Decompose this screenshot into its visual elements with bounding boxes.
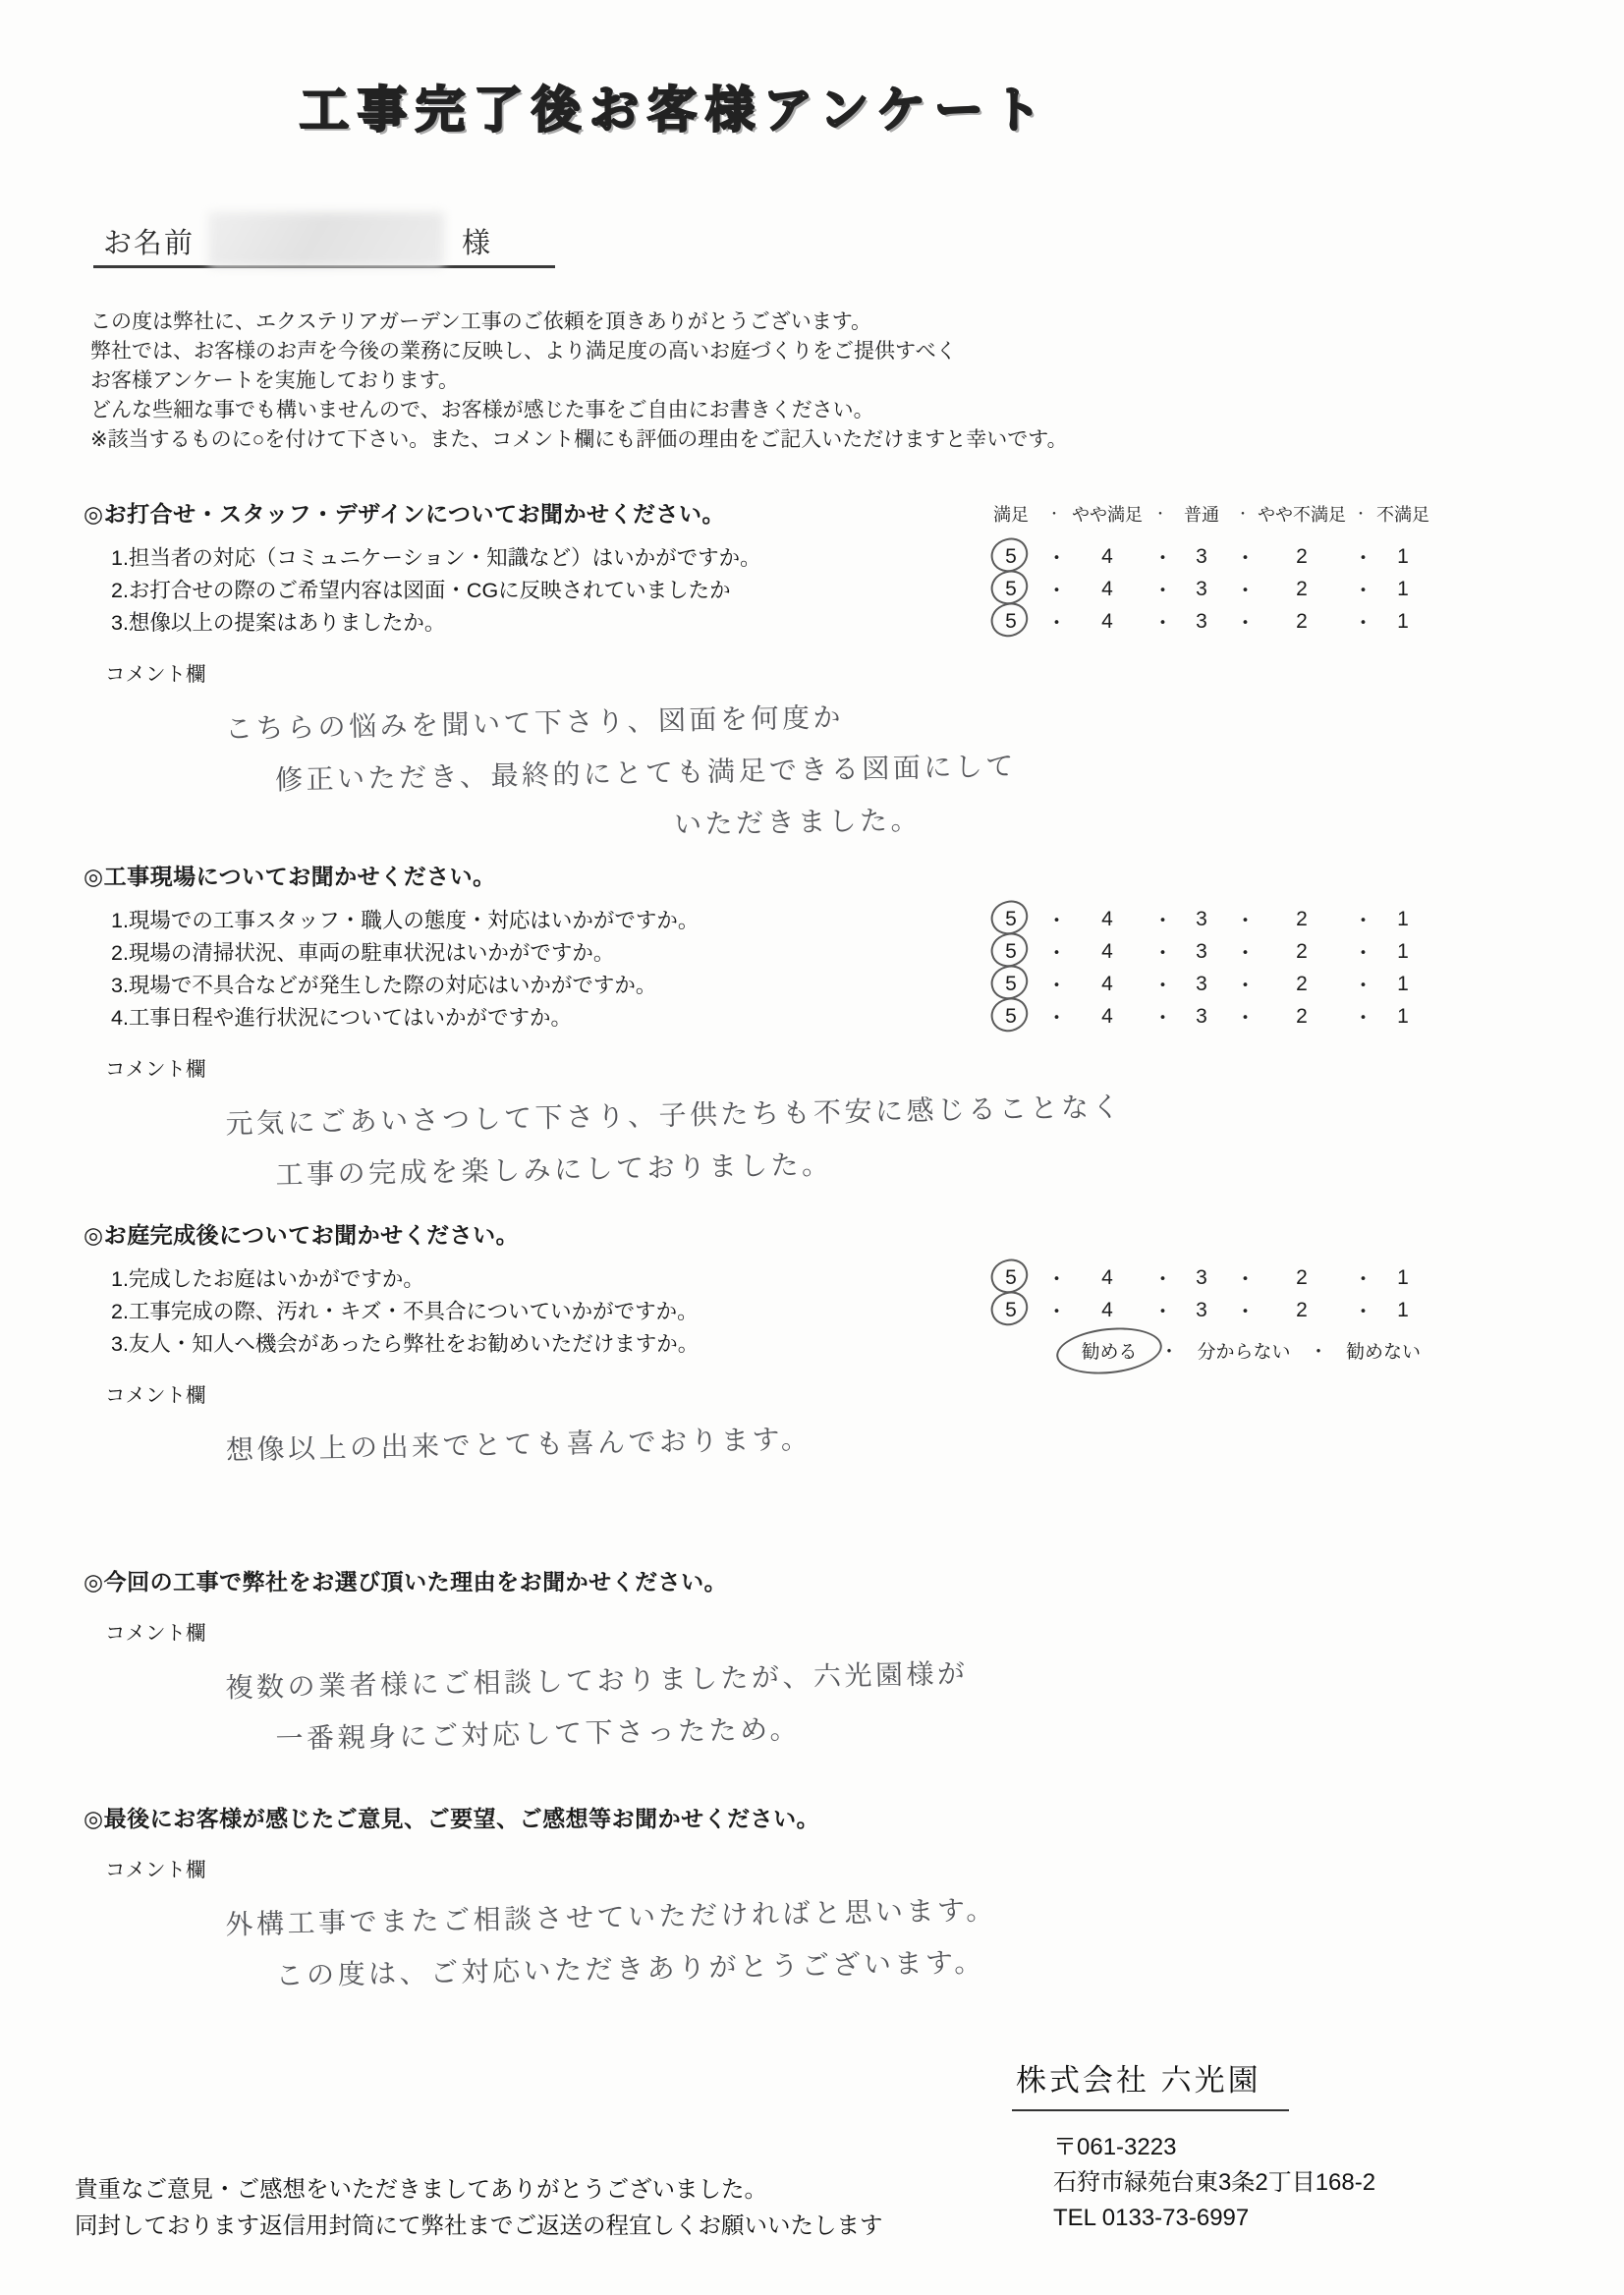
street-address: 石狩市緑苑台東3条2丁目168-2 <box>1053 2165 1375 2201</box>
separator-dot: ・ <box>1353 575 1369 604</box>
separator-dot: ・ <box>1046 1263 1062 1293</box>
section-construction-site: ◎工事現場についてお聞かせください。 1.現場での工事スタッフ・職人の態度・対応… <box>84 859 1624 1192</box>
separator-dot: ・ <box>1235 937 1251 967</box>
section-meeting-staff-design: ◎お打合せ・スタッフ・デザインについてお聞かせください。 満足・やや満足・普通・… <box>84 496 1624 849</box>
company-address-block: 〒061-3223 石狩市緑苑台東3条2丁目168-2 TEL 0133-73-… <box>1053 2130 1375 2236</box>
rating-value: 4 <box>1062 1005 1152 1029</box>
separator-dot: ・ <box>1152 937 1168 967</box>
phone-number: TEL 0133-73-6997 <box>1053 2201 1375 2236</box>
rating-value: 5 <box>976 1266 1046 1290</box>
option-value: 勧める <box>1060 1337 1158 1364</box>
survey-question-row: 2.お打合せの際のご希望内容は図面・CGに反映されていましたか5・4・3・2・1 <box>84 573 1437 605</box>
rating-scale: 5・4・3・2・1 <box>976 1263 1437 1293</box>
thanks-line: 同封しております返信用封筒にて弊社までご返送の程宜しくお願いいたします <box>75 2208 883 2244</box>
separator-dot: ・ <box>1235 1296 1251 1325</box>
survey-question-row: 1.担当者の対応（コミュニケーション・知識など）はいかがですか。5・4・3・2・… <box>84 540 1437 573</box>
separator-dot: ・ <box>1152 1296 1168 1325</box>
rating-value: 1 <box>1369 578 1437 601</box>
rating-value: 2 <box>1251 545 1353 569</box>
option-value: 勧めない <box>1329 1337 1437 1364</box>
comment-label: コメント欄 <box>105 1052 1437 1082</box>
rating-value: 4 <box>1062 1299 1152 1322</box>
separator-dot: ・ <box>1046 542 1062 572</box>
separator-dot: ・ <box>1353 905 1369 934</box>
separator-dot: ・ <box>1046 937 1062 967</box>
rating-value: 4 <box>1062 908 1152 931</box>
rating-value: 5 <box>976 578 1046 601</box>
rating-value: 5 <box>976 610 1046 634</box>
separator-dot: ・ <box>1308 1337 1329 1364</box>
separator-dot: ・ <box>1353 1002 1369 1032</box>
rating-value: 3 <box>1168 1299 1235 1322</box>
separator-dot: ・ <box>1235 504 1251 524</box>
survey-question-row: 2.工事完成の際、汚れ・キズ・不具合についていかがですか。5・4・3・2・1 <box>84 1294 1437 1326</box>
separator-dot: ・ <box>1158 1337 1180 1364</box>
question-text: 3.友人・知人へ機会があったら弊社をお勧めいただけますか。 <box>111 1327 1060 1358</box>
rating-value: 5 <box>976 940 1046 964</box>
rating-value: 3 <box>1168 545 1235 569</box>
intro-line: ※該当するものに○を付けて下さい。また、コメント欄にも評価の理由をご記入いただけ… <box>90 425 1624 455</box>
comment-label: コメント欄 <box>105 1853 1437 1882</box>
comment-label: コメント欄 <box>105 1378 1437 1408</box>
scale-label: 普通 <box>1168 501 1235 527</box>
separator-dot: ・ <box>1353 504 1369 524</box>
rating-value: 1 <box>1369 940 1437 964</box>
question-text: 1.現場での工事スタッフ・職人の態度・対応はいかがですか。 <box>111 904 976 934</box>
rating-value: 4 <box>1062 610 1152 634</box>
separator-dot: ・ <box>1046 607 1062 637</box>
rating-value: 2 <box>1251 610 1353 634</box>
thanks-line: 貴重なご意見・ご感想をいただきましてありがとうございました。 <box>75 2171 883 2208</box>
survey-question-row: 1.完成したお庭はいかがですか。5・4・3・2・1 <box>84 1261 1437 1294</box>
section-heading: ◎お打合せ・スタッフ・デザインについてお聞かせください。 <box>84 496 725 529</box>
separator-dot: ・ <box>1152 542 1168 572</box>
separator-dot: ・ <box>1152 575 1168 604</box>
handwritten-comment: 元気にごあいさつして下さり、子供たちも不安に感じることなく工事の完成を楽しみにし… <box>83 1075 1438 1204</box>
comment-label: コメント欄 <box>105 1616 1437 1646</box>
separator-dot: ・ <box>1046 575 1062 604</box>
section-heading: ◎お庭完成後についてお聞かせください。 <box>84 1217 519 1250</box>
separator-dot: ・ <box>1046 1296 1062 1325</box>
intro-line: お客様アンケートを実施しております。 <box>90 366 1624 396</box>
rating-value: 3 <box>1168 1005 1235 1029</box>
rating-scale: 5・4・3・2・1 <box>976 937 1437 967</box>
rating-value: 1 <box>1369 908 1437 931</box>
rating-value: 3 <box>1168 578 1235 601</box>
separator-dot: ・ <box>1235 575 1251 604</box>
separator-dot: ・ <box>1152 1002 1168 1032</box>
separator-dot: ・ <box>1235 1002 1251 1032</box>
survey-question-row: 3.友人・知人へ機会があったら弊社をお勧めいただけますか。勧める・分からない・勧… <box>84 1326 1437 1359</box>
survey-question-row: 1.現場での工事スタッフ・職人の態度・対応はいかがですか。5・4・3・2・1 <box>84 903 1437 935</box>
rating-value: 2 <box>1251 973 1353 996</box>
handwritten-comment: こちらの悩みを聞いて下さり、図面を何度か修正いただき、最終的にとても満足できる図… <box>83 680 1439 862</box>
rating-scale-header: 満足・やや満足・普通・やや不満足・不満足 <box>976 501 1437 529</box>
rating-value: 4 <box>1062 578 1152 601</box>
rating-scale: 5・4・3・2・1 <box>976 970 1437 999</box>
separator-dot: ・ <box>1046 905 1062 934</box>
scale-label: 不満足 <box>1369 501 1437 527</box>
rating-value: 3 <box>1168 973 1235 996</box>
separator-dot: ・ <box>1235 542 1251 572</box>
section-heading: ◎最後にお客様が感じたご意見、ご要望、ご感想等お聞かせください。 <box>84 1801 819 1833</box>
separator-dot: ・ <box>1353 542 1369 572</box>
rating-value: 3 <box>1168 908 1235 931</box>
separator-dot: ・ <box>1353 970 1369 999</box>
rating-value: 4 <box>1062 545 1152 569</box>
name-honorific: 様 <box>462 221 492 261</box>
rating-value: 5 <box>976 1005 1046 1029</box>
rating-scale: 5・4・3・2・1 <box>976 542 1437 572</box>
rating-value: 5 <box>976 973 1046 996</box>
rating-value: 1 <box>1369 1266 1437 1290</box>
separator-dot: ・ <box>1152 1263 1168 1293</box>
question-text: 3.想像以上の提案はありましたか。 <box>111 606 976 637</box>
separator-dot: ・ <box>1046 970 1062 999</box>
option-value: 分からない <box>1180 1337 1308 1364</box>
separator-dot: ・ <box>1235 970 1251 999</box>
handwritten-comment: 外構工事でまたご相談させていただければと思います。この度は、ご対応いただきありが… <box>83 1875 1438 2005</box>
rating-value: 4 <box>1062 973 1152 996</box>
section-final-feedback: ◎最後にお客様が感じたご意見、ご要望、ご感想等お聞かせください。 コメント欄 外… <box>84 1801 1624 1992</box>
separator-dot: ・ <box>1235 1263 1251 1293</box>
survey-question-row: 3.現場で不具合などが発生した際の対応はいかがですか。5・4・3・2・1 <box>84 968 1437 1000</box>
separator-dot: ・ <box>1046 504 1062 524</box>
customer-name-field: お名前 様 <box>93 212 555 268</box>
separator-dot: ・ <box>1353 607 1369 637</box>
handwritten-line: 想像以上の出来でとても喜んでおります。 <box>226 1401 1438 1477</box>
rating-value: 2 <box>1251 1005 1353 1029</box>
separator-dot: ・ <box>1152 970 1168 999</box>
question-text: 3.現場で不具合などが発生した際の対応はいかがですか。 <box>111 969 976 999</box>
intro-line: どんな些細な事でも構いませんので、お客様が感じた事をご自由にお書きください。 <box>90 396 1624 425</box>
postal-code: 〒061-3223 <box>1053 2130 1375 2165</box>
separator-dot: ・ <box>1046 1002 1062 1032</box>
rating-value: 5 <box>976 908 1046 931</box>
rating-value: 4 <box>1062 940 1152 964</box>
rating-value: 1 <box>1369 545 1437 569</box>
rating-value: 3 <box>1168 940 1235 964</box>
rating-scale: 5・4・3・2・1 <box>976 905 1437 934</box>
section-reason-for-choosing: ◎今回の工事で弊社をお選び頂いた理由をお聞かせください。 コメント欄 複数の業者… <box>84 1564 1624 1756</box>
separator-dot: ・ <box>1235 607 1251 637</box>
comment-label: コメント欄 <box>105 657 1437 687</box>
rating-value: 2 <box>1251 1266 1353 1290</box>
handwritten-comment: 想像以上の出来でとても喜んでおります。 <box>84 1401 1438 1479</box>
rating-value: 5 <box>976 1299 1046 1322</box>
rating-value: 5 <box>976 545 1046 569</box>
survey-question-row: 3.想像以上の提案はありましたか。5・4・3・2・1 <box>84 605 1437 638</box>
scale-label: 満足 <box>976 501 1046 527</box>
name-label: お名前 <box>103 221 195 261</box>
section-heading: ◎工事現場についてお聞かせください。 <box>84 859 496 891</box>
section-completed-garden: ◎お庭完成後についてお聞かせください。 1.完成したお庭はいかがですか。5・4・… <box>84 1217 1624 1466</box>
redacted-name <box>208 212 444 267</box>
scale-label: やや不満足 <box>1251 501 1353 527</box>
rating-value: 2 <box>1251 908 1353 931</box>
intro-paragraph: この度は弊社に、エクステリアガーデン工事のご依頼を頂きありがとうございます。弊社… <box>90 308 1624 455</box>
rating-value: 1 <box>1369 1005 1437 1029</box>
handwritten-comment: 複数の業者様にご相談しておりましたが、六光園様が一番親身にご対応して下さったため… <box>83 1639 1438 1768</box>
question-text: 2.工事完成の際、汚れ・キズ・不具合についていかがですか。 <box>111 1295 976 1325</box>
rating-value: 2 <box>1251 1299 1353 1322</box>
separator-dot: ・ <box>1152 607 1168 637</box>
intro-line: この度は弊社に、エクステリアガーデン工事のご依頼を頂きありがとうございます。 <box>90 308 1624 337</box>
rating-scale: 5・4・3・2・1 <box>976 607 1437 637</box>
survey-question-row: 2.現場の清掃状況、車両の駐車状況はいかがですか。5・4・3・2・1 <box>84 935 1437 968</box>
section-heading: ◎今回の工事で弊社をお選び頂いた理由をお聞かせください。 <box>84 1564 727 1596</box>
survey-question-row: 4.工事日程や進行状況についてはいかがですか。5・4・3・2・1 <box>84 1000 1437 1033</box>
recommend-options: 勧める・分からない・勧めない <box>1060 1337 1437 1364</box>
rating-scale: 5・4・3・2・1 <box>976 1296 1437 1325</box>
separator-dot: ・ <box>1152 905 1168 934</box>
rating-value: 2 <box>1251 578 1353 601</box>
rating-value: 2 <box>1251 940 1353 964</box>
rating-scale: 5・4・3・2・1 <box>976 1002 1437 1032</box>
question-text: 2.現場の清掃状況、車両の駐車状況はいかがですか。 <box>111 936 976 967</box>
question-text: 4.工事日程や進行状況についてはいかがですか。 <box>111 1001 976 1032</box>
rating-value: 1 <box>1369 973 1437 996</box>
separator-dot: ・ <box>1353 1296 1369 1325</box>
company-name: 株式会社 六光園 <box>1012 2055 1289 2111</box>
separator-dot: ・ <box>1353 937 1369 967</box>
scanned-survey-page: 工事完了後お客様アンケート お名前 様 この度は弊社に、エクステリアガーデン工事… <box>0 0 1624 2295</box>
scale-label: やや満足 <box>1062 501 1152 527</box>
rating-value: 3 <box>1168 610 1235 634</box>
rating-value: 4 <box>1062 1266 1152 1290</box>
rating-value: 3 <box>1168 1266 1235 1290</box>
rating-scale: 5・4・3・2・1 <box>976 575 1437 604</box>
question-text: 1.担当者の対応（コミュニケーション・知識など）はいかがですか。 <box>111 541 976 572</box>
intro-line: 弊社では、お客様のお声を今後の業務に反映し、より満足度の高いお庭づくりをご提供す… <box>90 337 1624 366</box>
separator-dot: ・ <box>1235 905 1251 934</box>
question-text: 2.お打合せの際のご希望内容は図面・CGに反映されていましたか <box>111 574 976 604</box>
question-text: 1.完成したお庭はいかがですか。 <box>111 1262 976 1293</box>
rating-value: 1 <box>1369 1299 1437 1322</box>
separator-dot: ・ <box>1152 504 1168 524</box>
rating-value: 1 <box>1369 610 1437 634</box>
separator-dot: ・ <box>1353 1263 1369 1293</box>
page-title: 工事完了後お客様アンケート <box>300 71 1624 141</box>
thanks-note: 貴重なご意見・ご感想をいただきましてありがとうございました。同封しております返信… <box>75 2171 883 2244</box>
